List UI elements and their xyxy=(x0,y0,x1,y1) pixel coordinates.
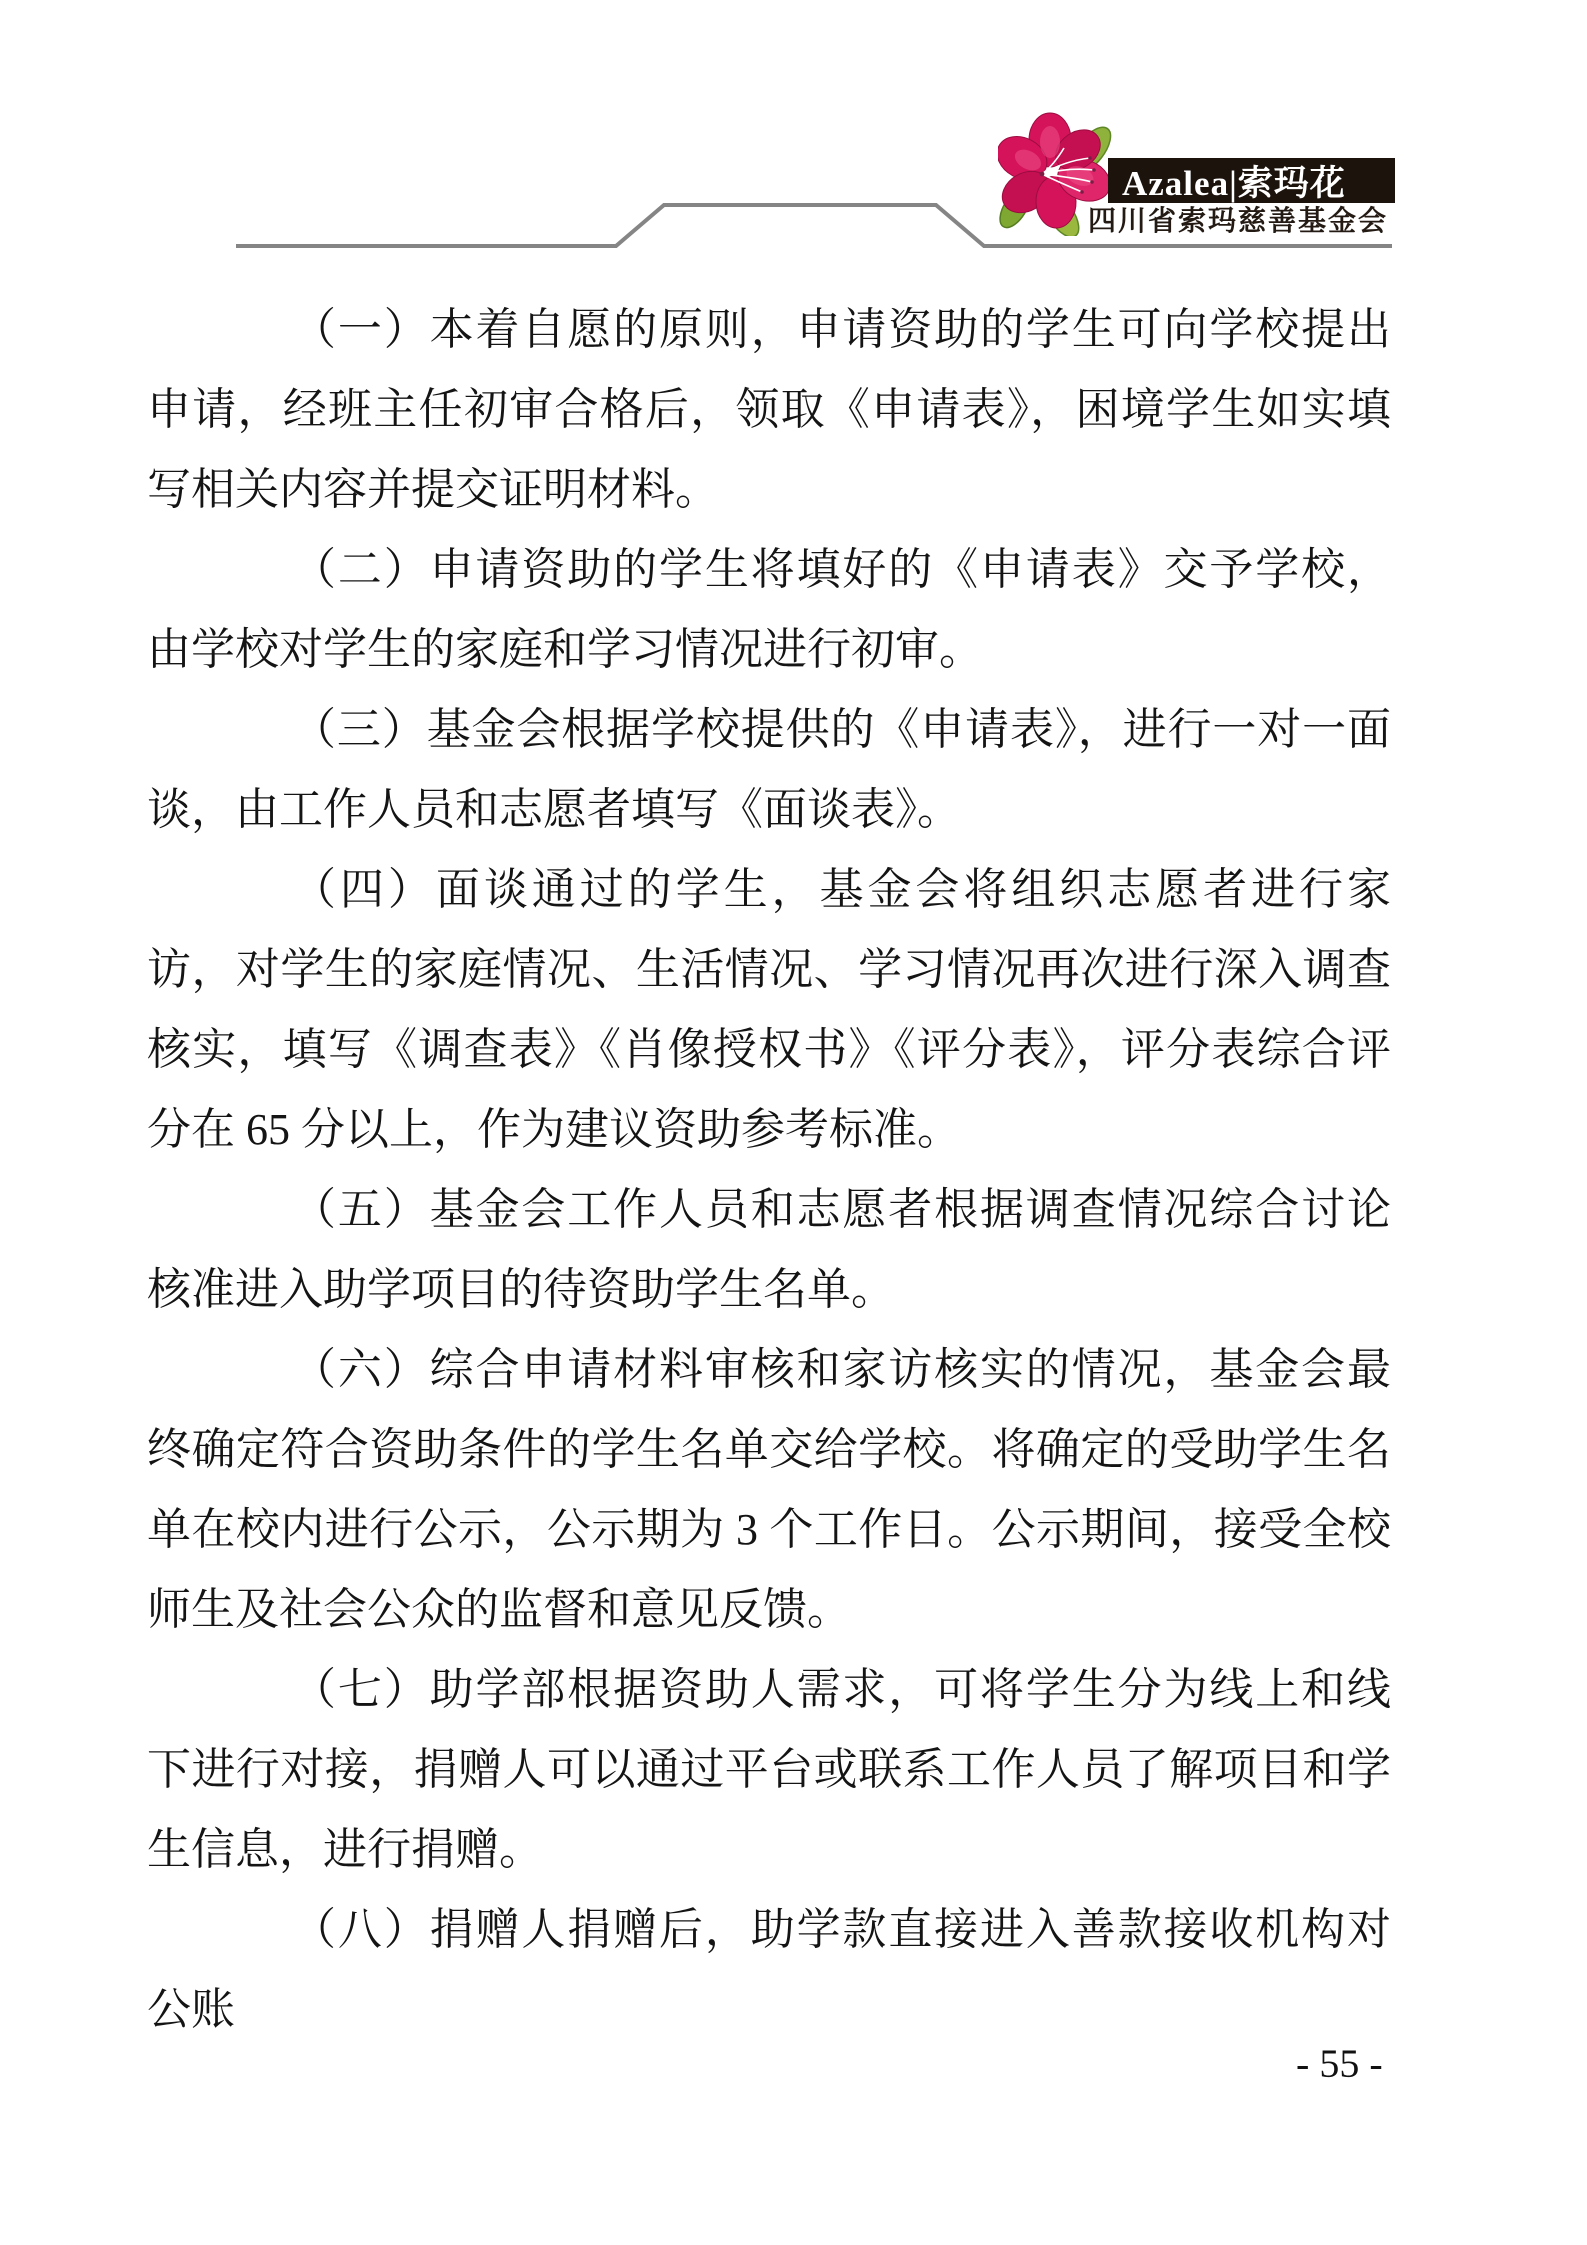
org-name: 四川省索玛慈善基金会 xyxy=(1088,199,1396,229)
body-paragraph-5: （五）基金会工作人员和志愿者根据调查情况综合讨论核准进入助学项目的待资助学生名单… xyxy=(147,1170,1391,1330)
page-number: - 55 - xyxy=(1296,2040,1383,2087)
body-paragraph-8: （八）捐赠人捐赠后，助学款直接进入善款接收机构对公账 xyxy=(147,1890,1391,2050)
body-paragraph-6: （六）综合申请材料审核和家访核实的情况，基金会最终确定符合资助条件的学生名单交给… xyxy=(147,1330,1391,1650)
brand-label: Azalea|索玛花 xyxy=(1122,156,1346,206)
body-paragraph-2: （二）申请资助的学生将填好的《申请表》交予学校，由学校对学生的家庭和学习情况进行… xyxy=(147,530,1391,690)
body-paragraph-7: （七）助学部根据资助人需求，可将学生分为线上和线下进行对接，捐赠人可以通过平台或… xyxy=(147,1650,1391,1890)
document-page: Azalea|索玛花 四川省索玛慈善基金会 （一）本着自愿的原则，申请资助的学生… xyxy=(0,0,1587,2245)
body-text: （一）本着自愿的原则，申请资助的学生可向学校提出申请，经班主任初审合格后，领取《… xyxy=(147,290,1391,2050)
body-paragraph-3: （三）基金会根据学校提供的《申请表》，进行一对一面谈，由工作人员和志愿者填写《面… xyxy=(147,690,1391,850)
body-paragraph-1: （一）本着自愿的原则，申请资助的学生可向学校提出申请，经班主任初审合格后，领取《… xyxy=(147,290,1391,530)
brand-banner: Azalea|索玛花 xyxy=(1108,158,1395,203)
body-paragraph-4: （四）面谈通过的学生，基金会将组织志愿者进行家访，对学生的家庭情况、生活情况、学… xyxy=(147,850,1391,1170)
